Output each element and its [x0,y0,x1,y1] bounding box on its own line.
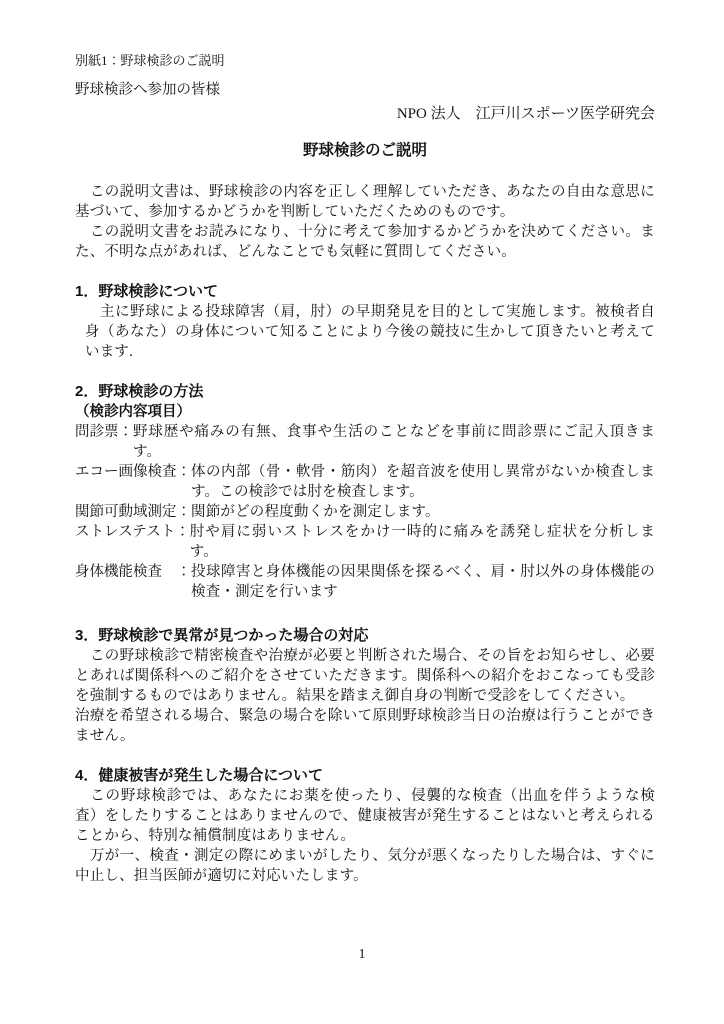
section-paragraph: 主に野球による投球障害（肩，肘）の早期発見を目的として実施します。被検者自身（あ… [75,302,655,362]
checkup-item: エコー画像検査： 体の内部（骨・軟骨・筋肉）を超音波を使用し異常がないか検査しま… [75,462,655,502]
section-subheading: （検診内容項目） [75,402,655,422]
section-heading: 1．野球検診について [75,282,655,302]
intro-paragraph: この説明文書は、野球検診の内容を正しく理解していただき、あなたの自由な意思に基づ… [75,182,655,222]
checkup-item-text: 投球障害と身体機能の因果関係を探るべく、肩・肘以外の身体機能の検査・測定を行いま… [191,562,655,602]
section-3-abnormal-findings: 3．野球検診で異常が見つかった場合の対応 この野球検診で精密検査や治療が必要と判… [75,626,655,746]
section-1-about: 1．野球検診について 主に野球による投球障害（肩，肘）の早期発見を目的として実施… [75,282,655,362]
checkup-item: ストレステスト： 肘や肩に弱いストレスをかけ一時的に痛みを誘発し症状を分析します… [75,522,655,562]
checkup-item: 問診票： 野球歴や痛みの有無、食事や生活のことなどを事前に問診票にご記入頂きます… [75,422,655,462]
attachment-label: 別紙1：野球検診のご説明 [75,52,655,70]
checkup-item-text: 肘や肩に弱いストレスをかけ一時的に痛みを誘発し症状を分析します。 [190,522,655,562]
section-4-health-damage: 4．健康被害が発生した場合について この野球検診では、あなたにお薬を使ったり、侵… [75,766,655,886]
section-paragraph: 治療を希望される場合、緊急の場合を除いて原則野球検診当日の治療は行うことができま… [75,706,655,746]
checkup-item: 関節可動域測定： 関節がどの程度動くかを測定します。 [75,502,655,522]
checkup-item-text: 関節がどの程度動くかを測定します。 [191,502,655,522]
section-heading: 3．野球検診で異常が見つかった場合の対応 [75,626,655,646]
page-number: 1 [0,946,724,964]
section-heading: 4．健康被害が発生した場合について [75,766,655,786]
document-title: 野球検診のご説明 [75,140,655,162]
checkup-item-label: ストレステスト： [75,522,190,542]
organization-name: NPO 法人 江戸川スポーツ医学研究会 [75,104,655,124]
section-heading: 2．野球検診の方法 [75,382,655,402]
intro-block: この説明文書は、野球検診の内容を正しく理解していただき、あなたの自由な意思に基づ… [75,182,655,262]
addressee-line: 野球検診へ参加の皆様 [75,80,655,100]
checkup-item: 身体機能検査 ： 投球障害と身体機能の因果関係を探るべく、肩・肘以外の身体機能の… [75,562,655,602]
document-page: 別紙1：野球検診のご説明 野球検診へ参加の皆様 NPO 法人 江戸川スポーツ医学… [0,0,724,1024]
section-paragraph: この野球検診では、あなたにお薬を使ったり、侵襲的な検査（出血を伴うような検査）を… [75,786,655,846]
checkup-item-text: 野球歴や痛みの有無、食事や生活のことなどを事前に問診票にご記入頂きます。 [133,422,655,462]
checkup-item-label: 身体機能検査 ： [75,562,191,582]
checkup-item-label: エコー画像検査： [75,462,191,482]
checkup-item-label: 問診票： [75,422,133,442]
section-2-method: 2．野球検診の方法 （検診内容項目） 問診票： 野球歴や痛みの有無、食事や生活の… [75,382,655,602]
section-paragraph: 万が一、検査・測定の際にめまいがしたり、気分が悪くなったりした場合は、すぐに中止… [75,846,655,886]
checkup-item-text: 体の内部（骨・軟骨・筋肉）を超音波を使用し異常がないか検査します。この検診では肘… [191,462,655,502]
section-paragraph: この野球検診で精密検査や治療が必要と判断された場合、その旨をお知らせし、必要とあ… [75,646,655,706]
intro-paragraph: この説明文書をお読みになり、十分に考えて参加するかどうかを決めてください。また、… [75,222,655,262]
checkup-item-label: 関節可動域測定： [75,502,191,522]
